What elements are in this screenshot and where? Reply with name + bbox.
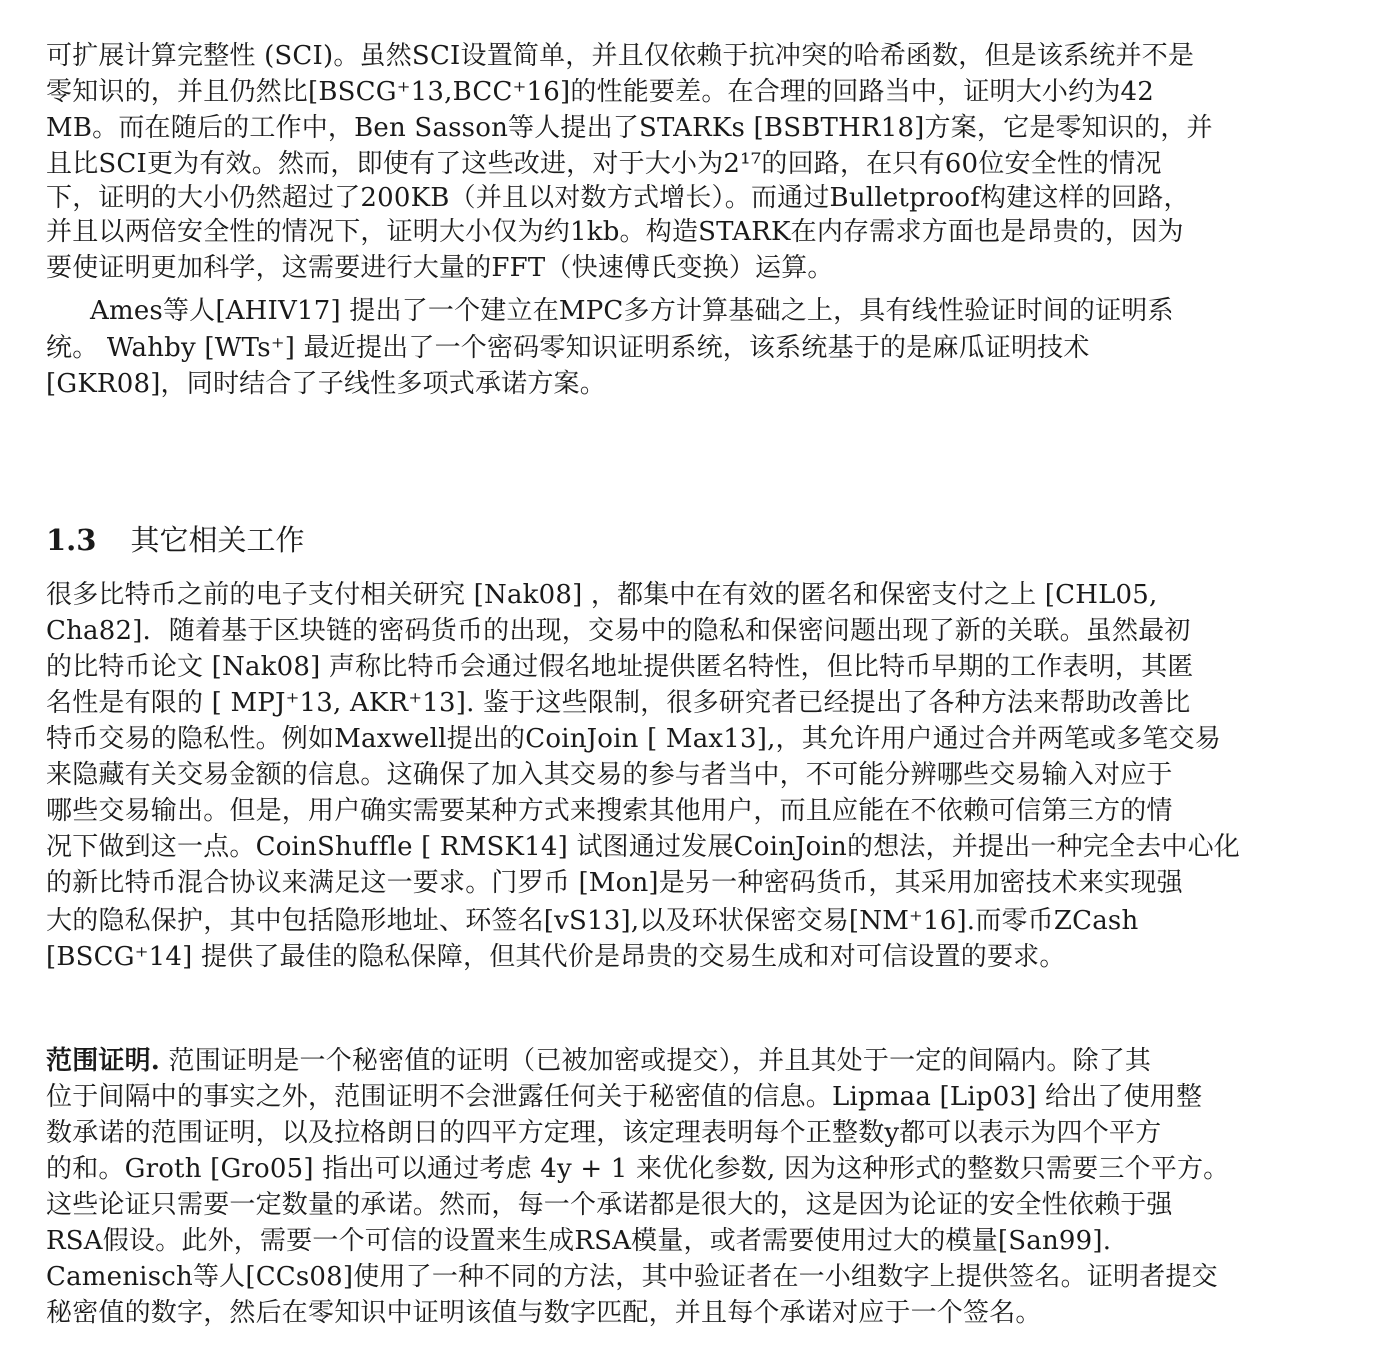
text-line: 可扩展计算完整性 (SCI)。虽然SCI设置简单，并且仅依赖于抗冲突的哈希函数，… [46, 38, 1194, 74]
text-line: 哪些交易输出。但是，用户确实需要某种方式来搜索其他用户，而且应能在不依赖可信第三… [46, 793, 1173, 829]
text-line: 统。 Wahby [WTs⁺] 最近提出了一个密码零知识证明系统，该系统基于的是… [46, 330, 1090, 366]
text-line: 位于间隔中的事实之外，范围证明不会泄露任何关于秘密值的信息。Lipmaa [Li… [46, 1079, 1202, 1115]
text-line: 的新比特币混合协议来满足这一要求。门罗币 [Mon]是另一种密码货币，其采用加密… [46, 865, 1183, 901]
text-line: Ames等人[AHIV17] 提出了一个建立在MPC多方计算基础之上，具有线性验… [90, 293, 1174, 329]
text-line: 数承诺的范围证明，以及拉格朗日的四平方定理，该定理表明每个正整数y都可以表示为四… [46, 1115, 1161, 1151]
section-number: 1.3 [46, 523, 96, 557]
document-page: 可扩展计算完整性 (SCI)。虽然SCI设置简单，并且仅依赖于抗冲突的哈希函数，… [0, 0, 1380, 1366]
text-line: 零知识的，并且仍然比[BSCG⁺13,BCC⁺16]的性能要差。在合理的回路当中… [46, 74, 1154, 110]
text-line: 来隐藏有关交易金额的信息。这确保了加入其交易的参与者当中，不可能分辨哪些交易输入… [46, 757, 1173, 793]
text-line: 这些论证只需要一定数量的承诺。然而，每一个承诺都是很大的，这是因为论证的安全性依… [46, 1187, 1173, 1223]
text-line: 特币交易的隐私性。例如Maxwell提出的CoinJoin [ Max13],，… [46, 721, 1221, 757]
text-line: 范围证明. 范围证明是一个秘密值的证明（已被加密或提交），并且其处于一定的间隔内… [46, 1043, 1151, 1079]
text-line: [GKR08]，同时结合了子线性多项式承诺方案。 [46, 366, 606, 402]
text-line: MB。而在随后的工作中，Ben Sasson等人提出了STARKs [BSBTH… [46, 110, 1213, 146]
text-line: 大的隐私保护，其中包括隐形地址、环签名[vS13],以及环状保密交易[NM⁺16… [46, 903, 1138, 939]
text-line: 的比特币论文 [Nak08] 声称比特币会通过假名地址提供匿名特性，但比特币早期… [46, 649, 1194, 685]
section-title: 其它相关工作 [130, 523, 304, 557]
text-line: 下，证明的大小仍然超过了200KB（并且以对数方式增长）。而通过Bulletpr… [46, 180, 1190, 216]
section-heading: 1.3其它相关工作 [46, 520, 304, 560]
text-line: 且比SCI更为有效。然而，即使有了这些改进，对于大小为2¹⁷的回路，在只有60位… [46, 146, 1162, 182]
paragraph-lead: 范围证明. [46, 1046, 160, 1076]
text-span: 范围证明是一个秘密值的证明（已被加密或提交），并且其处于一定的间隔内。除了其 [160, 1046, 1151, 1076]
text-line: RSA假设。此外，需要一个可信的设置来生成RSA模量，或者需要使用过大的模量[S… [46, 1223, 1111, 1259]
text-line: Cha82]．随着基于区块链的密码货币的出现，交易中的隐私和保密问题出现了新的关… [46, 613, 1191, 649]
text-line: 名性是有限的 [ MPJ⁺13, AKR⁺13]. 鉴于这些限制，很多研究者已经… [46, 685, 1190, 721]
text-line: 很多比特币之前的电子支付相关研究 [Nak08] ，都集中在有效的匿名和保密支付… [46, 577, 1158, 613]
text-line: 并且以两倍安全性的情况下，证明大小仅为约1kb。构造STARK在内存需求方面也是… [46, 214, 1184, 250]
text-line: 况下做到这一点。CoinShuffle [ RMSK14] 试图通过发展Coin… [46, 829, 1240, 865]
text-line: Camenisch等人[CCs08]使用了一种不同的方法，其中验证者在一小组数字… [46, 1259, 1218, 1295]
text-line: 秘密值的数字，然后在零知识中证明该值与数字匹配，并且每个承诺对应于一个签名。 [46, 1295, 1042, 1331]
text-line: 要使证明更加科学，这需要进行大量的FFT（快速傅氏变换）运算。 [46, 250, 834, 286]
text-line: [BSCG⁺14] 提供了最佳的隐私保障，但其代价是昂贵的交易生成和对可信设置的… [46, 939, 1066, 975]
text-line: 的和。Groth [Gro05] 指出可以通过考虑 4y + 1 来优化参数, … [46, 1151, 1229, 1187]
